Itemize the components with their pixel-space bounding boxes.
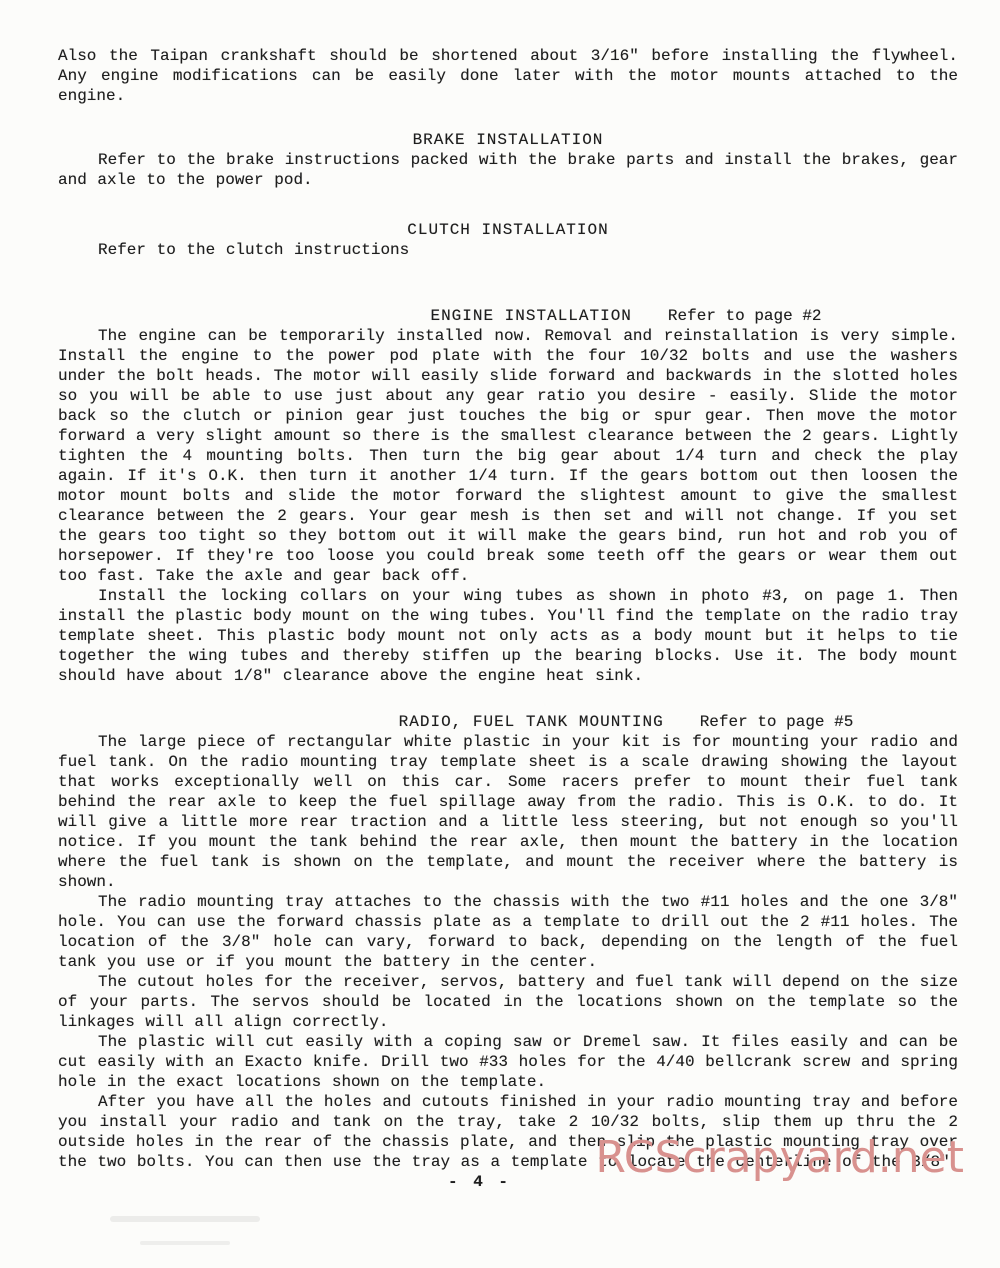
paragraph: Install the locking collars on your wing… (58, 586, 958, 686)
paragraph: The engine can be temporarily installed … (58, 326, 958, 586)
section-page-ref: Refer to page #2 (668, 306, 822, 326)
scan-artifact (110, 1216, 260, 1222)
paragraph: The plastic will cut easily with a copin… (58, 1032, 958, 1092)
scanned-manual-page: Also the Taipan crankshaft should be sho… (0, 0, 1000, 1268)
paragraph: The radio mounting tray attaches to the … (58, 892, 958, 972)
section-heading: ENGINE INSTALLATION (430, 306, 631, 326)
section-heading: RADIO, FUEL TANK MOUNTING (399, 712, 664, 732)
section-heading: CLUTCH INSTALLATION (407, 220, 608, 240)
section-brake-installation: BRAKE INSTALLATION Refer to the brake in… (58, 130, 958, 190)
paragraph: Refer to the brake instructions packed w… (58, 150, 958, 190)
section-radio-fuel-tank-mounting: RADIO, FUEL TANK MOUNTING Refer to page … (58, 712, 958, 1172)
section-heading: BRAKE INSTALLATION (413, 130, 604, 150)
intro-paragraph: Also the Taipan crankshaft should be sho… (58, 46, 958, 106)
section-heading-row: BRAKE INSTALLATION (58, 130, 958, 150)
section-heading-row: ENGINE INSTALLATION Refer to page #2 (176, 306, 1000, 326)
section-page-ref: Refer to page #5 (700, 712, 854, 732)
paragraph: The large piece of rectangular white pla… (58, 732, 958, 892)
section-heading-row: CLUTCH INSTALLATION (58, 220, 958, 240)
section-heading-row: RADIO, FUEL TANK MOUNTING Refer to page … (176, 712, 1000, 732)
scan-artifact (140, 1241, 230, 1245)
page-number: - 4 - (448, 1172, 511, 1192)
section-engine-installation: ENGINE INSTALLATION Refer to page #2 The… (58, 306, 958, 686)
section-clutch-installation: CLUTCH INSTALLATION Refer to the clutch … (58, 220, 958, 260)
paragraph: Refer to the clutch instructions (58, 240, 958, 260)
paragraph: The cutout holes for the receiver, servo… (58, 972, 958, 1032)
watermark-rcscrapyard: RCScrapyard.net (595, 1148, 964, 1168)
